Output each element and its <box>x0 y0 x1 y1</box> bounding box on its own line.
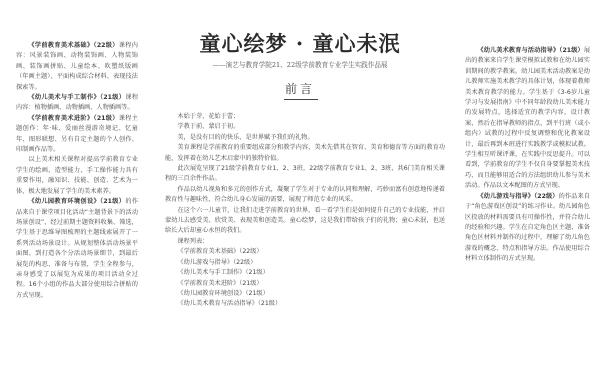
right-paragraph: 《幼儿游戏与指导》（22级）的作品来自于“角色游戏区创设”的练习作业。幼儿园角色… <box>465 192 590 265</box>
course-name: 《学前教育美术进阶》（21级） <box>28 115 118 122</box>
left-column: 《学前教育美术基础》（22级）课程内容：风景装饰画、动物装饰画、人物装饰画、装饰… <box>16 41 138 301</box>
poem-line: 木始于芽，花始于蕾； <box>165 112 445 122</box>
left-paragraph: 《学前教育美术进阶》（21级）课程主题创作：年·味、爱丽丝漫游奇境记、忆童年、图… <box>16 114 138 156</box>
course-list-item: 《幼儿美术与手工制作》（21级） <box>165 268 445 278</box>
course-description: 课程内容：风景装饰画、动物装饰画、人物装饰画、装饰画拼贴、儿童绘本、吹塑纸版画（… <box>16 42 138 91</box>
poem-line: 学教于前，蒙启于初。 <box>165 122 445 132</box>
right-column: 《幼儿美术教育与活动指导》（21级）展出的教案来自学生课堂模拟试教和在幼儿园实训… <box>465 46 590 265</box>
course-description: 展出的教案来自学生课堂模拟试教和在幼儿园实训期间的教学教案。幼儿园美术活动教案是… <box>465 47 590 189</box>
course-list-label: 课程列表： <box>165 237 445 247</box>
course-description: 的作品来自于“角色游戏区创设”的练习作业。幼儿园角色区投放的材料需要具有可操作性… <box>465 193 590 262</box>
course-name: 《幼儿园教育环境创设》（21级） <box>28 198 125 205</box>
course-name: 《幼儿美术教育与活动指导》（21级） <box>477 47 583 54</box>
preface-underline <box>284 99 318 100</box>
left-paragraph: 《幼儿美术与手工制作》（21级）课程内容：植物插画、动物插画、人物插画等。 <box>16 93 138 114</box>
course-name: 《幼儿美术与手工制作》（21级） <box>28 94 125 101</box>
poem-line: 美，是没有目的的快乐，是世界赋予我们的礼物。 <box>165 133 445 143</box>
course-name: 《学前教育美术基础》（22级） <box>28 42 118 49</box>
preface-body: 木始于芽，花始于蕾； 学教于前，蒙启于初。 美，是没有目的的快乐，是世界赋予我们… <box>165 112 445 310</box>
preface-paragraph: 作品以幼儿视角和多元的创作方式，凝聚了学生对于专业的认同和理解，巧妙而富有创意地… <box>165 185 445 206</box>
left-paragraph: 《学前教育美术基础》（22级）课程内容：风景装饰画、动物装饰画、人物装饰画、装饰… <box>16 41 138 93</box>
course-name: 《幼儿游戏与指导》（22级） <box>477 193 558 200</box>
left-paragraph: 《幼儿园教育环境创设》（21级）的作品来自于课堂项目化活动“主题背景下的活动场景… <box>16 197 138 301</box>
preface-paragraph: 此次展览呈现了21级学前教育专业1、2、3班，22级学前教育专业1、2、3班，共… <box>165 164 445 185</box>
preface-paragraph: 在这个六一儿童节，让我们走进学前教育的世界，看一看学生们是如何提升自己的专业技能… <box>165 206 445 237</box>
course-list-item: 《学前教育美术基础》（22级） <box>165 247 445 257</box>
course-list: 《学前教育美术基础》（22级） 《幼儿游戏与指导》（22级） 《幼儿美术与手工制… <box>165 247 445 309</box>
course-list-item: 《幼儿园教育环境创设》（21级） <box>165 289 445 299</box>
preface-paragraph: 美育课程是学前教育的重要组成部分和教学内容，美术先借其在智育、美育和德育等方面的… <box>165 143 445 164</box>
summary-text: 以上美术相关课程对提高学前教育专业学生的绘画、造型能力、手工操作能力具有重要作用… <box>16 156 138 194</box>
course-list-item: 《学前教育美术进阶》（21级） <box>165 279 445 289</box>
left-paragraph: 以上美术相关课程对提高学前教育专业学生的绘画、造型能力、手工操作能力具有重要作用… <box>16 155 138 197</box>
right-paragraph: 《幼儿美术教育与活动指导》（21级）展出的教案来自学生课堂模拟试教和在幼儿园实训… <box>465 46 590 192</box>
course-description: 的作品来自于课堂项目化活动“主题背景下的活动场景创设”，经过前期主题资料收集、筛… <box>16 198 138 299</box>
course-list-item: 《幼儿游戏与指导》（22级） <box>165 258 445 268</box>
course-list-item: 《幼儿美术教育与活动指导》（21级） <box>165 299 445 309</box>
